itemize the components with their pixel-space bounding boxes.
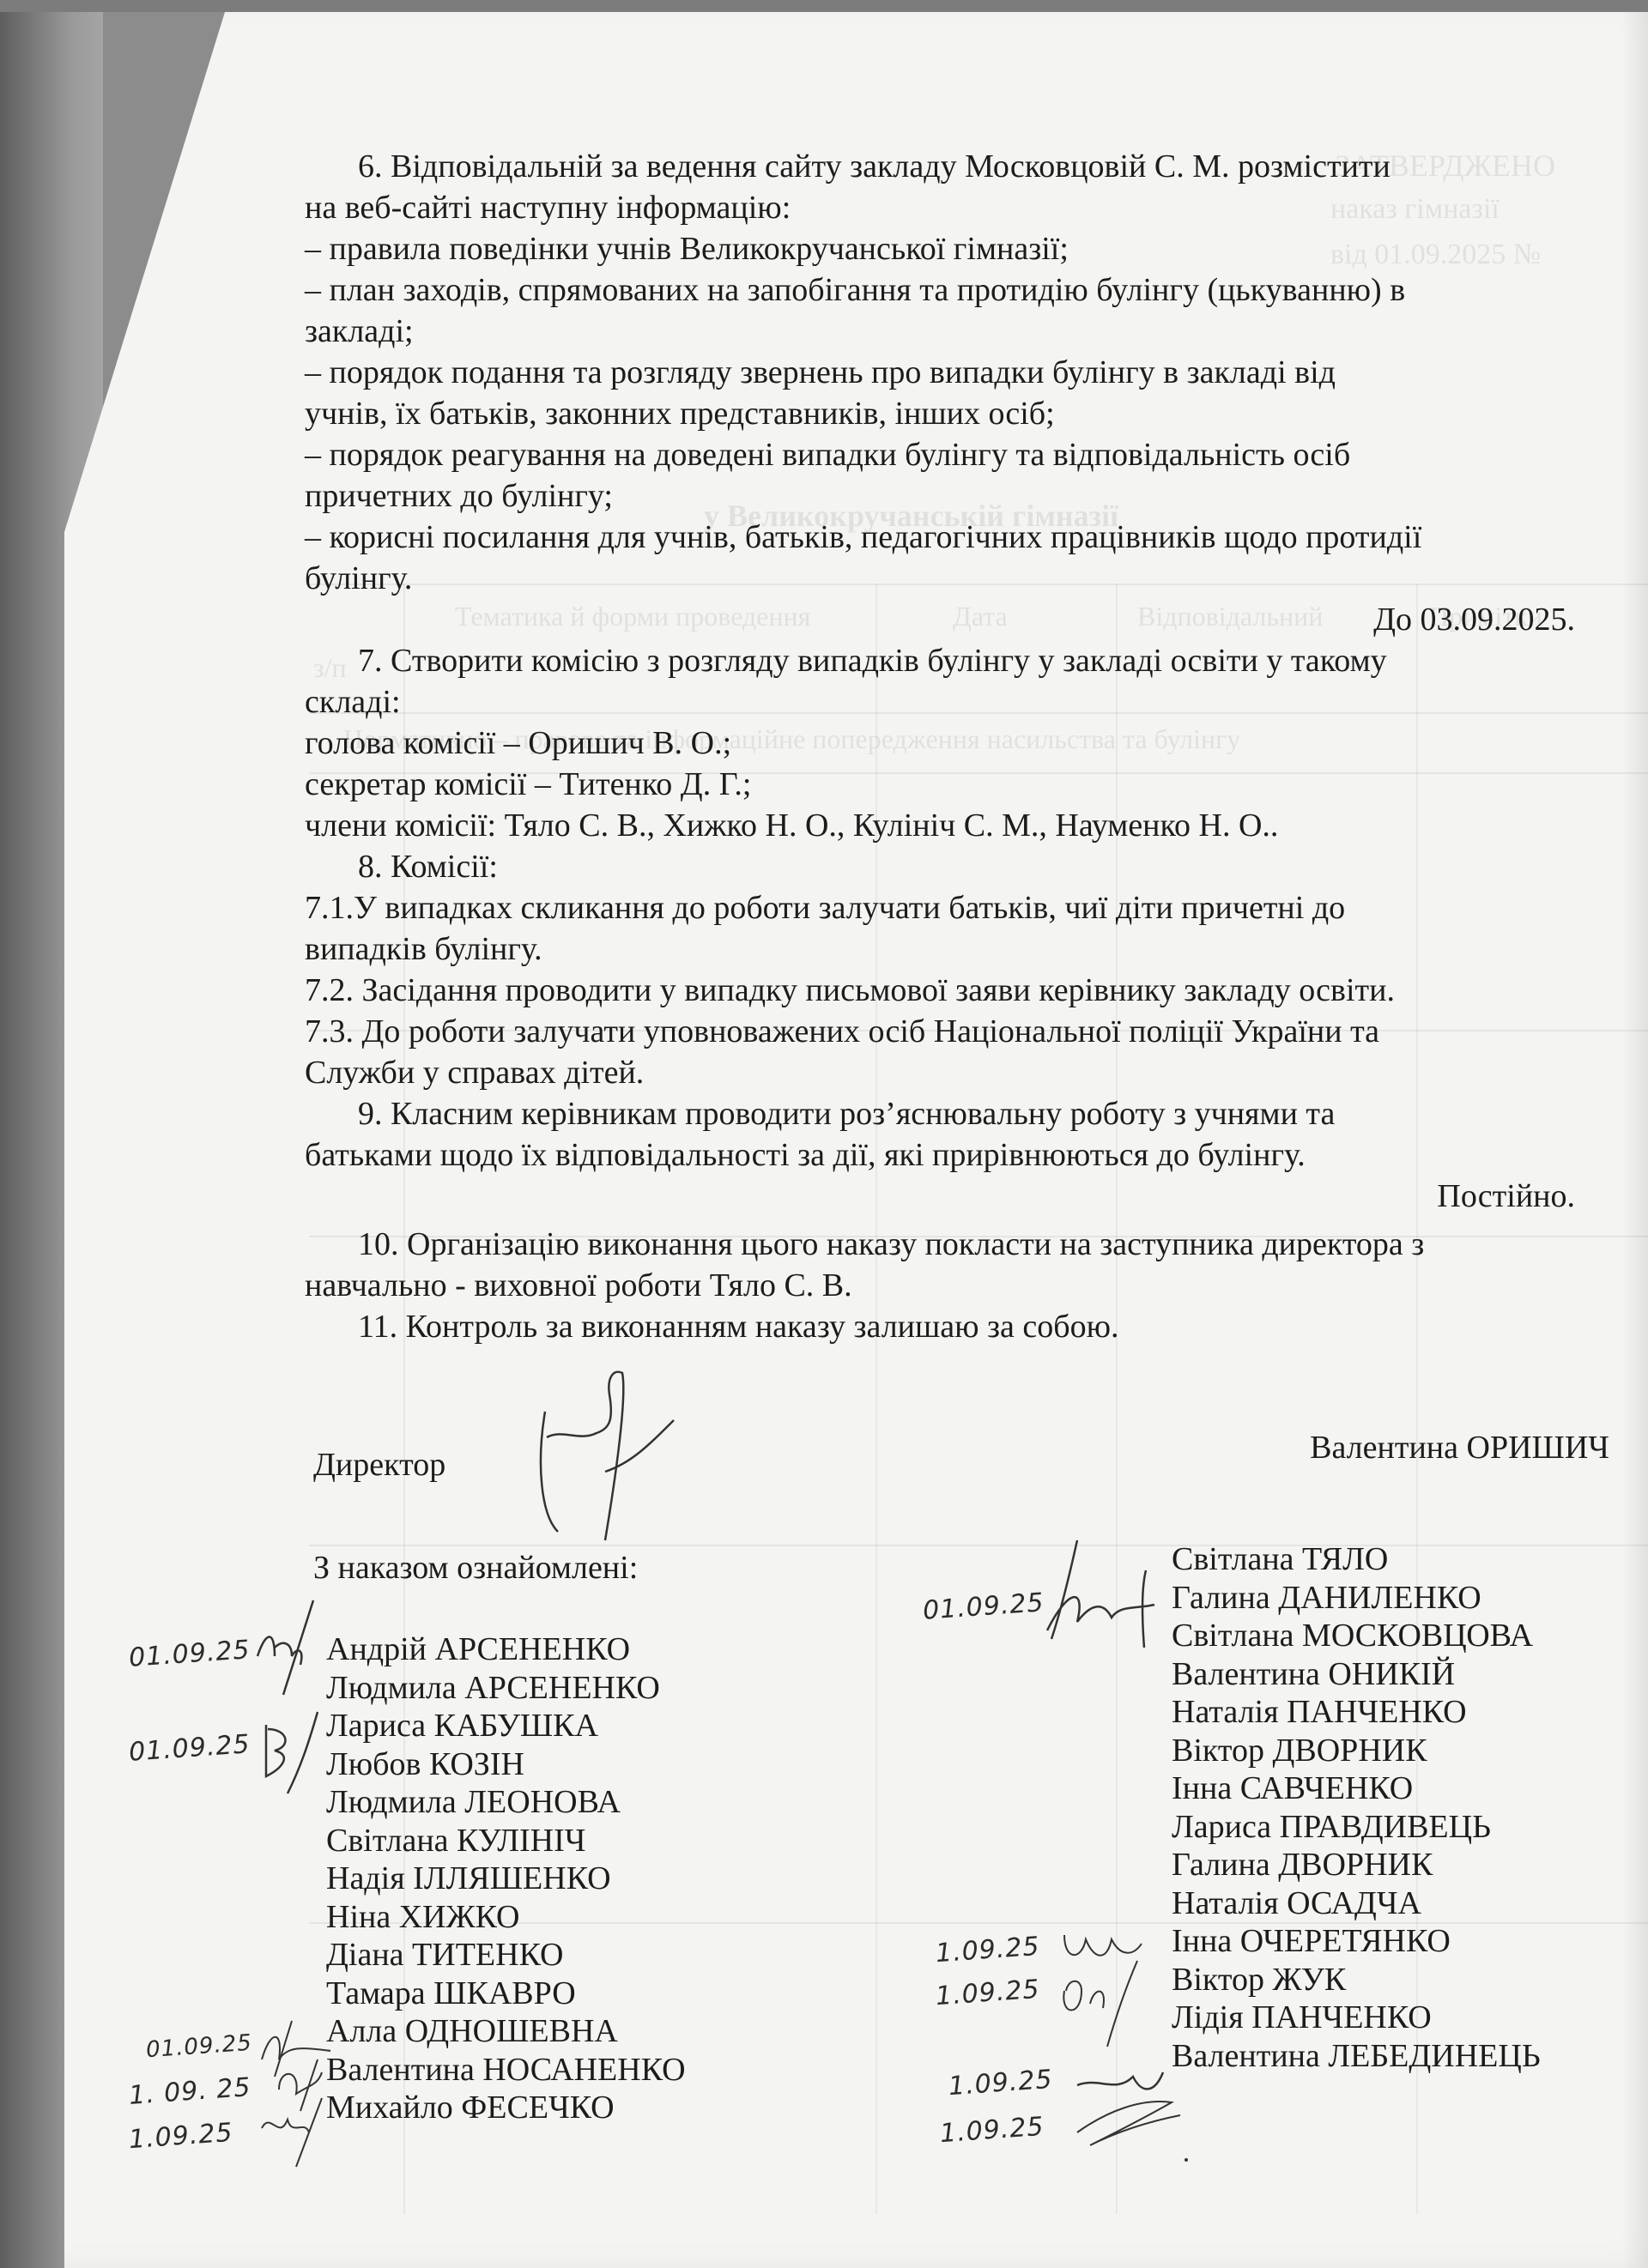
paragraph-8-line: 7.2. Засідання проводити у випадку письм… <box>305 970 1575 1011</box>
staff-name: Світлана МОСКОВЦОВА <box>1172 1617 1541 1655</box>
paragraph-6: 6. Відповідальній за ведення сайту закла… <box>305 146 1575 640</box>
staff-name: Валентина ОНИКІЙ <box>1172 1655 1541 1694</box>
paragraph-8-heading: 8. Комісії: <box>305 846 1575 887</box>
scanner-top-edge <box>0 0 1648 12</box>
staff-name: Лідія ПАНЧЕНКО <box>1172 1999 1541 2037</box>
paragraph-9-line: 9. Класним керівникам проводити роз’ясню… <box>305 1093 1575 1134</box>
paragraph-10-line: 10. Організацію виконання цього наказу п… <box>305 1224 1575 1265</box>
paragraph-6-deadline: До 03.09.2025. <box>305 599 1575 640</box>
paragraph-7: 7. Створити комісію з розгляду випадків … <box>305 640 1575 846</box>
staff-name: Михайло ФЕСЕЧКО <box>326 2089 686 2127</box>
staff-list-left: Андрій АРСЕНЕНКО Людмила АРСЕНЕНКО Ларис… <box>326 1630 686 2127</box>
paragraph-6-line: булінгу. <box>305 558 1575 599</box>
staff-name: Алла ОДНОШЕВНА <box>326 2012 686 2051</box>
staff-name: Інна ОЧЕРЕТЯНКО <box>1172 1922 1541 1961</box>
staff-list-right: Світлана ТЯЛО Галина ДАНИЛЕНКО Світлана … <box>1172 1540 1541 2075</box>
director-title: Директор <box>313 1446 445 1484</box>
signature-scribble-icon <box>1056 1957 1150 2051</box>
director-name: Валентина ОРИШИЧ <box>1310 1429 1609 1467</box>
staff-name: Валентина ЛЕБЕДИНЕЦЬ <box>1172 2037 1541 2076</box>
staff-name: Ніна ХИЖКО <box>326 1898 686 1937</box>
paragraph-9-line: батьками щодо їх відповідальності за дії… <box>305 1134 1575 1176</box>
order-body: 6. Відповідальній за ведення сайту закла… <box>305 146 1575 1347</box>
staff-name: Лариса КАБУШКА <box>326 1707 686 1745</box>
signature-scribble-icon <box>257 1708 326 1802</box>
paragraph-6-line: – порядок реагування на доведені випадки… <box>305 434 1575 475</box>
paragraph-10-line: навчально - виховної роботи Тяло С. В. <box>305 1265 1575 1306</box>
paragraph-6-line: на веб-сайті наступну інформацію: <box>305 187 1575 228</box>
paragraph-6-line: закладі; <box>305 311 1575 352</box>
signature-scribble-icon <box>249 1596 326 1699</box>
staff-name: Віктор ЖУК <box>1172 1961 1541 1999</box>
staff-name: Діана ТИТЕНКО <box>326 1936 686 1975</box>
paragraph-6-line: учнів, їх батьків, законних представникі… <box>305 393 1575 434</box>
ink-speck <box>1184 2158 1188 2162</box>
paragraph-6-line: 6. Відповідальній за ведення сайту закла… <box>305 146 1575 187</box>
staff-name: Лариса ПРАВДИВЕЦЬ <box>1172 1808 1541 1847</box>
signature-scribble-icon <box>1043 1536 1172 1656</box>
commission-head: голова комісії – Оришич В. О.; <box>305 723 1575 764</box>
director-signature-icon <box>528 1360 700 1549</box>
paragraph-7-line: 7. Створити комісію з розгляду випадків … <box>305 640 1575 681</box>
acquainted-label: З наказом ознайомлені: <box>313 1549 638 1587</box>
staff-name: Галина ДВОРНИК <box>1172 1846 1541 1884</box>
staff-name: Віктор ДВОРНИК <box>1172 1732 1541 1770</box>
staff-name: Галина ДАНИЛЕНКО <box>1172 1579 1541 1618</box>
paragraph-6-line: – порядок подання та розгляду звернень п… <box>305 352 1575 393</box>
director-row: Директор Валентина ОРИШИЧ <box>313 1446 1627 1497</box>
commission-members: члени комісії: Тяло С. В., Хижко Н. О., … <box>305 805 1575 846</box>
page-edge-shadow <box>1622 0 1648 2268</box>
commission-secretary: секретар комісії – Титенко Д. Г.; <box>305 764 1575 805</box>
signature-scribble-icon <box>1073 2094 1184 2154</box>
staff-name: Надія ІЛЛЯШЕНКО <box>326 1860 686 1898</box>
paragraph-9-deadline: Постійно. <box>305 1176 1575 1217</box>
staff-name: Тамара ШКАВРО <box>326 1975 686 2013</box>
staff-name: Людмила АРСЕНЕНКО <box>326 1669 686 1708</box>
signature-scribble-icon <box>257 2094 326 2171</box>
staff-name: Наталія ОСАДЧА <box>1172 1884 1541 1923</box>
paragraph-7-line: складі: <box>305 681 1575 723</box>
paragraph-6-line: – корисні посилання для учнів, батьків, … <box>305 517 1575 558</box>
staff-name: Інна САВЧЕНКО <box>1172 1769 1541 1808</box>
paragraph-8-line: Служби у справах дітей. <box>305 1052 1575 1093</box>
paragraph-8: 8. Комісії: 7.1.У випадках скликання до … <box>305 846 1575 1093</box>
paragraph-8-line: 7.1.У випадках скликання до роботи залуч… <box>305 887 1575 928</box>
staff-name: Наталія ПАНЧЕНКО <box>1172 1693 1541 1732</box>
paragraph-6-line: – правила поведінки учнів Великокручансь… <box>305 228 1575 269</box>
staff-name: Любов КОЗІН <box>326 1745 686 1784</box>
paragraph-10: 10. Організацію виконання цього наказу п… <box>305 1224 1575 1306</box>
paragraph-6-line: причетних до булінгу; <box>305 475 1575 517</box>
staff-name: Андрій АРСЕНЕНКО <box>326 1630 686 1669</box>
paragraph-8-line: випадків булінгу. <box>305 928 1575 970</box>
signature-block: Директор Валентина ОРИШИЧ З наказом озна… <box>313 1446 1627 1497</box>
paragraph-6-line: – план заходів, спрямованих на запобіган… <box>305 269 1575 311</box>
paragraph-9: 9. Класним керівникам проводити роз’ясню… <box>305 1093 1575 1217</box>
staff-name: Людмила ЛЕОНОВА <box>326 1783 686 1822</box>
staff-name: Валентина НОСАНЕНКО <box>326 2051 686 2090</box>
staff-name: Світлана ТЯЛО <box>1172 1540 1541 1579</box>
staff-name: Світлана КУЛІНІЧ <box>326 1822 686 1860</box>
paragraph-11: 11. Контроль за виконанням наказу залиша… <box>305 1306 1575 1347</box>
paragraph-8-line: 7.3. До роботи залучати уповноважених ос… <box>305 1011 1575 1052</box>
paragraph-11-line: 11. Контроль за виконанням наказу залиша… <box>305 1306 1575 1347</box>
